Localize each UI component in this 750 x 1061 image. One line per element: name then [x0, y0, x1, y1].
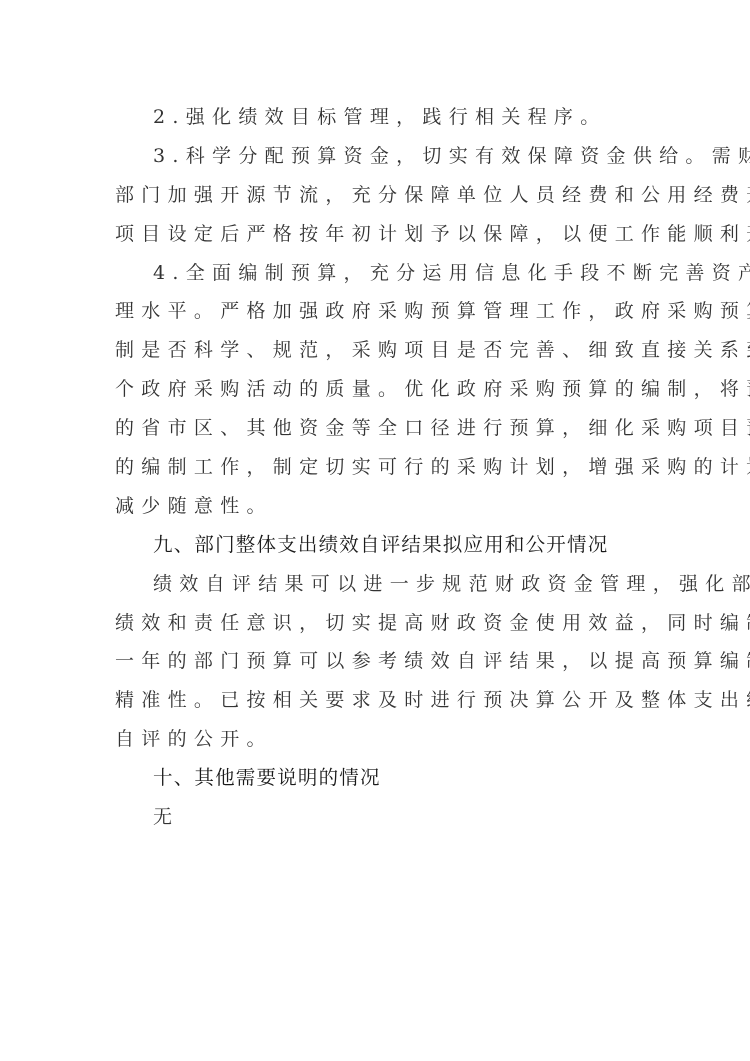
section-9-paragraph-line-3: 一年的部门预算可以参考绩效自评结果，以提高预算编制的: [115, 642, 645, 681]
section-9-paragraph-line-4: 精准性。已按相关要求及时进行预决算公开及整体支出绩效: [115, 681, 645, 720]
paragraph-item-2-line-1: 2.强化绩效目标管理，践行相关程序。: [115, 98, 645, 137]
document-body: 2.强化绩效目标管理，践行相关程序。 3.科学分配预算资金，切实有效保障资金供给…: [115, 98, 645, 837]
document-page: 2.强化绩效目标管理，践行相关程序。 3.科学分配预算资金，切实有效保障资金供给…: [0, 0, 750, 1061]
section-9-paragraph-line-5: 自评的公开。: [115, 720, 645, 759]
paragraph-item-4-line-7: 减少随意性。: [115, 487, 645, 526]
paragraph-item-4-line-5: 的省市区、其他资金等全口径进行预算，细化采购项目预算: [115, 409, 645, 448]
paragraph-item-4-line-1: 4.全面编制预算，充分运用信息化手段不断完善资产管: [115, 254, 645, 293]
paragraph-item-4-line-6: 的编制工作，制定切实可行的采购计划，增强采购的计划性，: [115, 448, 645, 487]
section-heading-9: 九、部门整体支出绩效自评结果拟应用和公开情况: [115, 526, 645, 565]
section-10-paragraph-line-1: 无: [115, 798, 645, 837]
section-heading-10: 十、其他需要说明的情况: [115, 759, 645, 798]
paragraph-item-4-line-2: 理水平。严格加强政府采购预算管理工作，政府采购预算编: [115, 292, 645, 331]
paragraph-item-4-line-4: 个政府采购活动的质量。优化政府采购预算的编制，将预计: [115, 370, 645, 409]
paragraph-item-4-line-3: 制是否科学、规范，采购项目是否完善、细致直接关系到整: [115, 331, 645, 370]
paragraph-item-3-line-1: 3.科学分配预算资金，切实有效保障资金供给。需财政: [115, 137, 645, 176]
section-9-paragraph-line-2: 绩效和责任意识，切实提高财政资金使用效益，同时编制下: [115, 604, 645, 643]
paragraph-item-3-line-2: 部门加强开源节流，充分保障单位人员经费和公用经费开支，: [115, 176, 645, 215]
section-9-paragraph-line-1: 绩效自评结果可以进一步规范财政资金管理，强化部门: [115, 565, 645, 604]
paragraph-item-3-line-3: 项目设定后严格按年初计划予以保障，以便工作能顺利开展。: [115, 215, 645, 254]
